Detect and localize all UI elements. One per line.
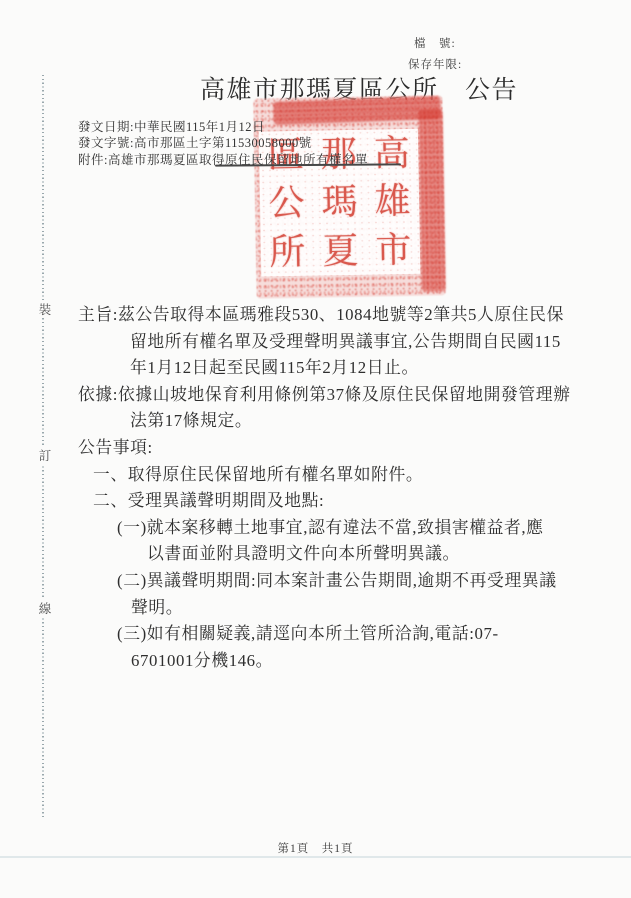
body-line-sub-3a: (三)如有相關疑義,請逕向本所土管所洽詢,電話:07- — [0, 621, 631, 648]
seal-character: 高 — [365, 129, 419, 178]
body-line-basis-1: 依據:依據山坡地保育利用條例第37條及原住民保留地開發管理辦 — [0, 382, 631, 409]
file-number-label: 檔 號: — [408, 34, 462, 55]
doc-number-line: 發文字號:高市那區土字第11530058000號 — [78, 135, 368, 151]
body-line-sub-2b: 聲明。 — [0, 595, 631, 622]
body-line-sub-2a: (二)異議聲明期間:同本案計畫公告期間,逾期不再受理異議 — [0, 568, 631, 595]
seal-character: 瑪 — [313, 178, 367, 227]
seal-smear-right — [418, 109, 445, 291]
doc-info: 發文日期:中華民國115年1月12日 發文字號:高市那區土字第115300580… — [78, 119, 368, 168]
seal-character: 雄 — [366, 177, 420, 226]
body-line-sub-1b: 以書面並附具證明文件向本所聲明異議。 — [0, 541, 631, 568]
announcement-document: 檔 號: 保存年限: 高雄市那瑪夏區公所 公告 區 那 高 公 瑪 雄 所 夏 … — [0, 0, 631, 898]
seal-character: 所 — [261, 227, 315, 276]
page-footer: 第1頁 共1頁 — [0, 840, 631, 856]
body-line-subject-1: 主旨:茲公告取得本區瑪雅段530、1084地號等2筆共5人原住民保 — [0, 302, 631, 329]
seal-character: 市 — [367, 225, 421, 274]
body-line-sub-1a: (一)就本案移轉土地事宜,認有違法不當,致損害權益者,應 — [0, 515, 631, 542]
body-line-item-2: 二、受理異議聲明期間及地點: — [0, 488, 631, 515]
body-line-subject-3: 年1月12日起至民國115年2月12日止。 — [0, 355, 631, 382]
seal-character: 夏 — [314, 226, 368, 275]
body-line-matters: 公告事項: — [0, 435, 631, 462]
body-line-basis-2: 法第17條規定。 — [0, 408, 631, 435]
body-text: 主旨:茲公告取得本區瑪雅段530、1084地號等2筆共5人原住民保 留地所有權名… — [0, 302, 631, 674]
scan-artifact-line — [0, 856, 631, 858]
body-line-sub-3b: 6701001分機146。 — [0, 648, 631, 675]
doc-date-line: 發文日期:中華民國115年1月12日 — [78, 119, 368, 135]
body-line-item-1: 一、取得原住民保留地所有權名單如附件。 — [0, 462, 631, 489]
body-line-subject-2: 留地所有權名單及受理聲明異議事宜,公告期間自民國115 — [0, 329, 631, 356]
seal-character: 公 — [260, 179, 314, 228]
